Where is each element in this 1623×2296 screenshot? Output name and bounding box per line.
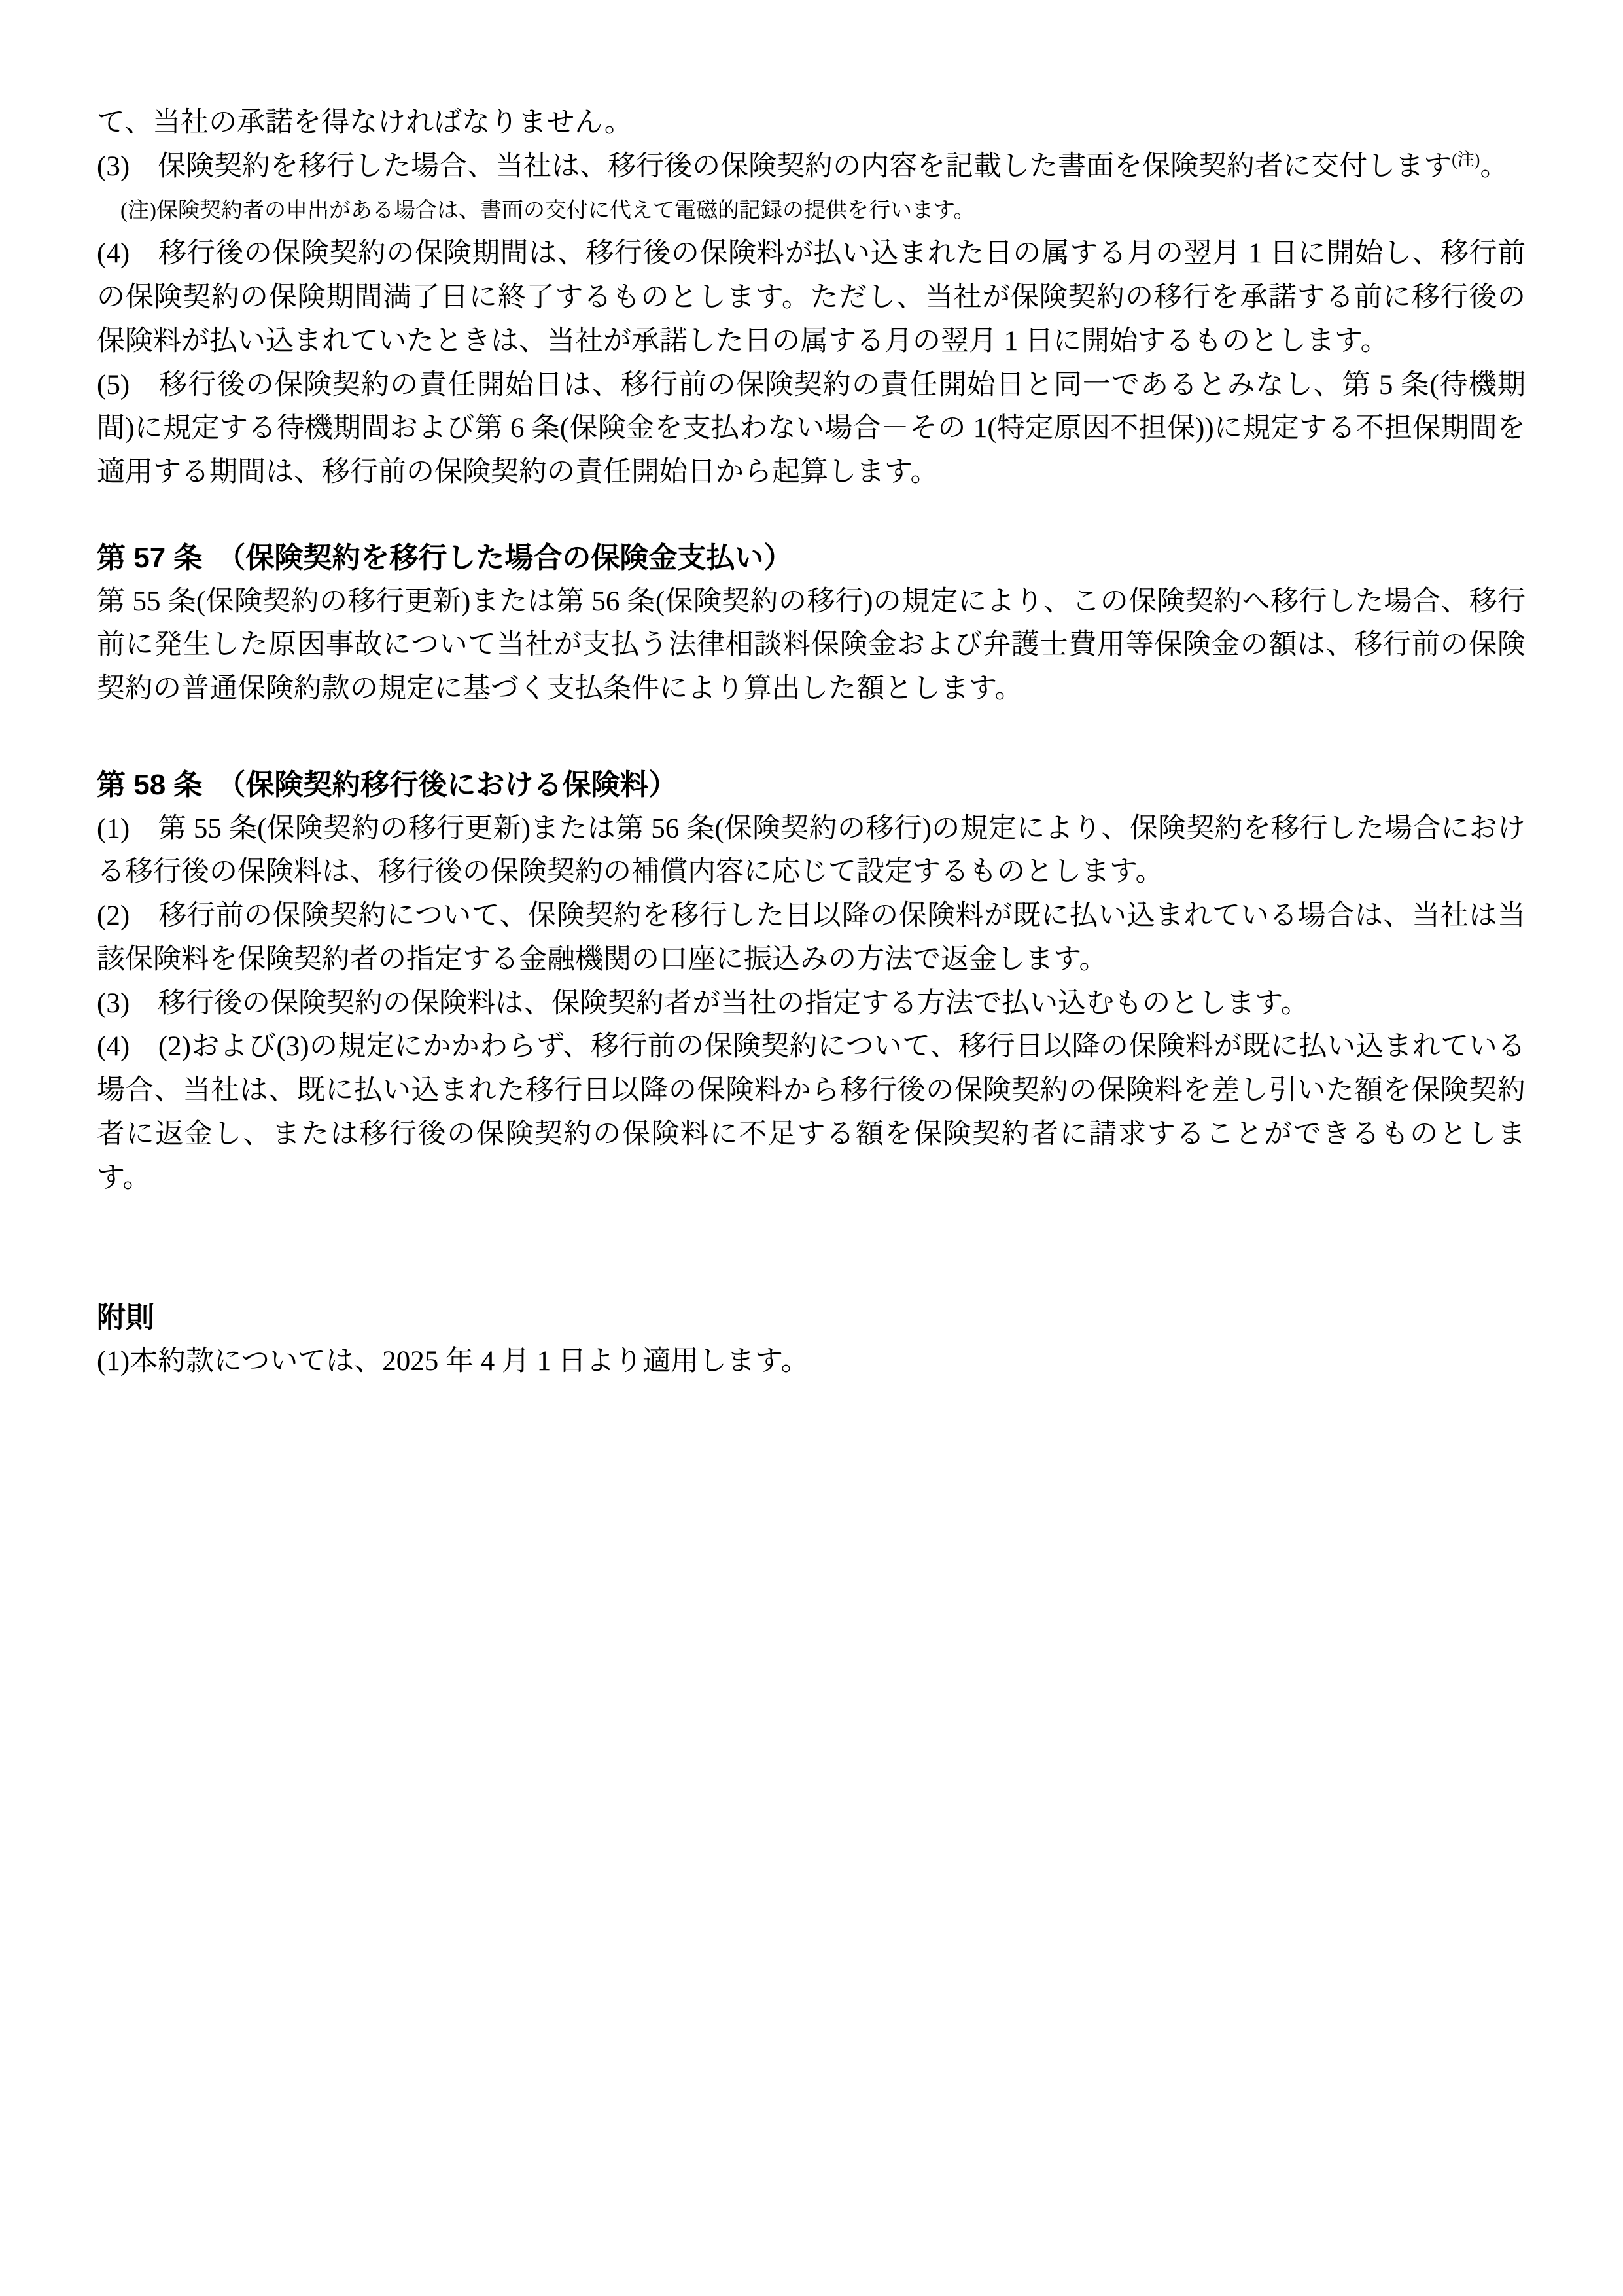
clause-item-3: (3) 保険契約を移行した場合、当社は、移行後の保険契約の内容を記載した書面を保… (97, 145, 1526, 189)
document-content: て、当社の承諾を得なければなりません。 (3) 保険契約を移行した場合、当社は、… (0, 0, 1623, 1384)
footnote-line: (注)保険契約者の申出がある場合は、書面の交付に代えて電磁的記録の提供を行います… (97, 189, 1526, 233)
article-58-item-4: (4) (2)および(3)の規定にかかわらず、移行前の保険契約について、移行日以… (97, 1025, 1526, 1200)
clause-item-5: (5) 移行後の保険契約の責任開始日は、移行前の保険契約の責任開始日と同一である… (97, 364, 1526, 495)
article-58-item-2: (2) 移行前の保険契約について、保険契約を移行した日以降の保険料が既に払い込ま… (97, 894, 1526, 982)
article-58-item-3: (3) 移行後の保険契約の保険料は、保険契約者が当社の指定する方法で払い込むもの… (97, 982, 1526, 1026)
paragraph-continuation: て、当社の承諾を得なければなりません。 (97, 101, 1526, 145)
clause-item-3-period: 。 (1480, 151, 1508, 182)
appendix-item-1: (1)本約款については、2025 年 4 月 1 日より適用します。 (97, 1340, 1526, 1384)
appendix-heading: 附則 (97, 1296, 1526, 1340)
clause-item-4: (4) 移行後の保険契約の保険期間は、移行後の保険料が払い込まれた日の属する月の… (97, 232, 1526, 363)
note-reference-superscript: (注) (1452, 150, 1480, 169)
article-57-heading: 第 57 条 （保険契約を移行した場合の保険金支払い） (97, 537, 1526, 580)
article-58-heading: 第 58 条 （保険契約移行後における保険料） (97, 764, 1526, 807)
article-57-body: 第 55 条(保険契約の移行更新)または第 56 条(保険契約の移行)の規定によ… (97, 580, 1526, 711)
clause-item-3-text: (3) 保険契約を移行した場合、当社は、移行後の保険契約の内容を記載した書面を保… (97, 151, 1452, 182)
document-page: て、当社の承諾を得なければなりません。 (3) 保険契約を移行した場合、当社は、… (0, 0, 1623, 2296)
article-58-item-1: (1) 第 55 条(保険契約の移行更新)または第 56 条(保険契約の移行)の… (97, 807, 1526, 895)
